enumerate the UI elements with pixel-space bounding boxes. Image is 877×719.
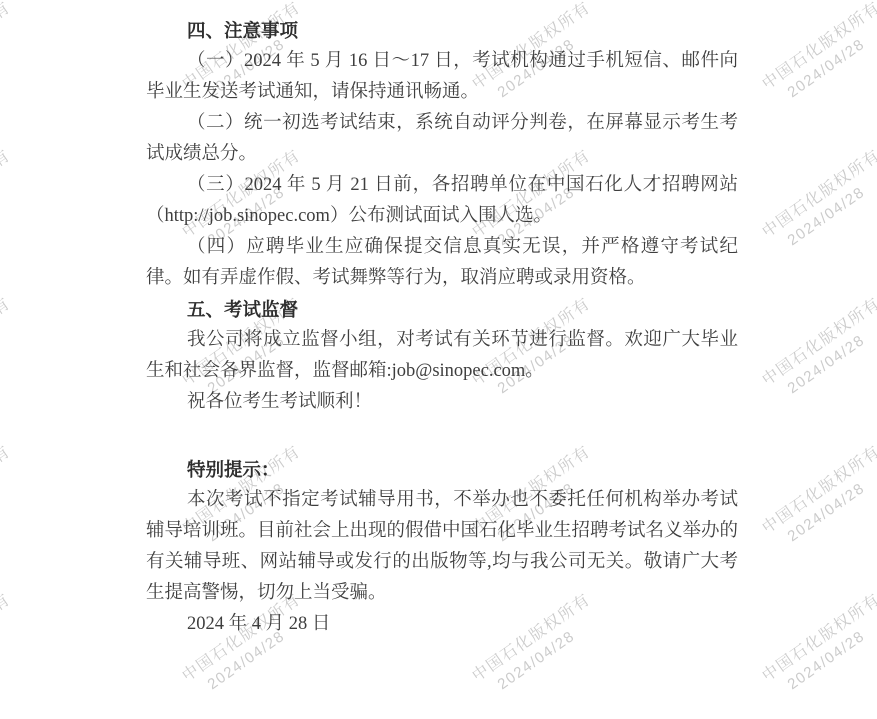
watermark: 中国石化版权所有2024/04/28 xyxy=(0,129,51,260)
watermark: 中国石化版权所有2024/04/28 xyxy=(0,277,51,408)
para-notes-1: （一）2024 年 5 月 16 日～17 日，考试机构通过手机短信、邮件向毕业… xyxy=(146,46,738,108)
watermark-date: 2024/04/28 xyxy=(0,442,51,555)
document-content: 四、注意事项 （一）2024 年 5 月 16 日～17 日，考试机构通过手机短… xyxy=(146,15,738,640)
para-special-notice: 本次考试不指定考试辅导用书，不举办也不委托任何机构举办考试辅导培训班。目前社会上… xyxy=(146,485,738,609)
watermark-text: 中国石化版权所有 xyxy=(0,129,40,244)
watermark-text: 中国石化版权所有 xyxy=(759,277,877,392)
closing-date: 2024 年 4 月 28 日 xyxy=(146,609,738,640)
watermark-date: 2024/04/28 xyxy=(771,146,877,259)
watermark-date: 2024/04/28 xyxy=(0,294,51,407)
watermark-date: 2024/04/28 xyxy=(771,590,877,703)
watermark-text: 中国石化版权所有 xyxy=(759,0,877,95)
para-wish: 祝各位考生考试顺利！ xyxy=(146,387,738,418)
watermark-date: 2024/04/28 xyxy=(0,590,51,703)
watermark-text: 中国石化版权所有 xyxy=(0,573,40,688)
watermark-text: 中国石化版权所有 xyxy=(759,573,877,688)
watermark-date: 2024/04/28 xyxy=(771,0,877,111)
watermark: 中国石化版权所有2024/04/28 xyxy=(759,129,877,260)
watermark: 中国石化版权所有2024/04/28 xyxy=(759,425,877,556)
watermark: 中国石化版权所有2024/04/28 xyxy=(0,573,51,704)
document-page: 中国石化版权所有2024/04/28中国石化版权所有2024/04/28中国石化… xyxy=(0,0,877,719)
watermark-text: 中国石化版权所有 xyxy=(0,425,40,540)
watermark: 中国石化版权所有2024/04/28 xyxy=(0,0,51,111)
para-notes-2: （二）统一初选考试结束，系统自动评分判卷，在屏幕显示考生考试成绩总分。 xyxy=(146,108,738,170)
section-heading-supervision: 五、考试监督 xyxy=(146,294,738,325)
watermark-text: 中国石化版权所有 xyxy=(0,277,40,392)
watermark: 中国石化版权所有2024/04/28 xyxy=(759,573,877,704)
watermark-date: 2024/04/28 xyxy=(0,0,51,111)
para-notes-3: （三）2024 年 5 月 21 日前，各招聘单位在中国石化人才招聘网站（htt… xyxy=(146,170,738,232)
watermark-date: 2024/04/28 xyxy=(771,442,877,555)
watermark: 中国石化版权所有2024/04/28 xyxy=(759,0,877,111)
para-supervision: 我公司将成立监督小组，对考试有关环节进行监督。欢迎广大毕业生和社会各界监督，监督… xyxy=(146,325,738,387)
watermark-text: 中国石化版权所有 xyxy=(759,129,877,244)
para-notes-4: （四）应聘毕业生应确保提交信息真实无误，并严格遵守考试纪律。如有弄虚作假、考试舞… xyxy=(146,232,738,294)
section-heading-notes: 四、注意事项 xyxy=(146,15,738,46)
watermark-date: 2024/04/28 xyxy=(771,294,877,407)
watermark-text: 中国石化版权所有 xyxy=(0,0,40,95)
heading-special-notice: 特别提示： xyxy=(146,454,738,485)
watermark: 中国石化版权所有2024/04/28 xyxy=(0,425,51,556)
watermark: 中国石化版权所有2024/04/28 xyxy=(759,277,877,408)
watermark-date: 2024/04/28 xyxy=(0,146,51,259)
watermark-text: 中国石化版权所有 xyxy=(759,425,877,540)
